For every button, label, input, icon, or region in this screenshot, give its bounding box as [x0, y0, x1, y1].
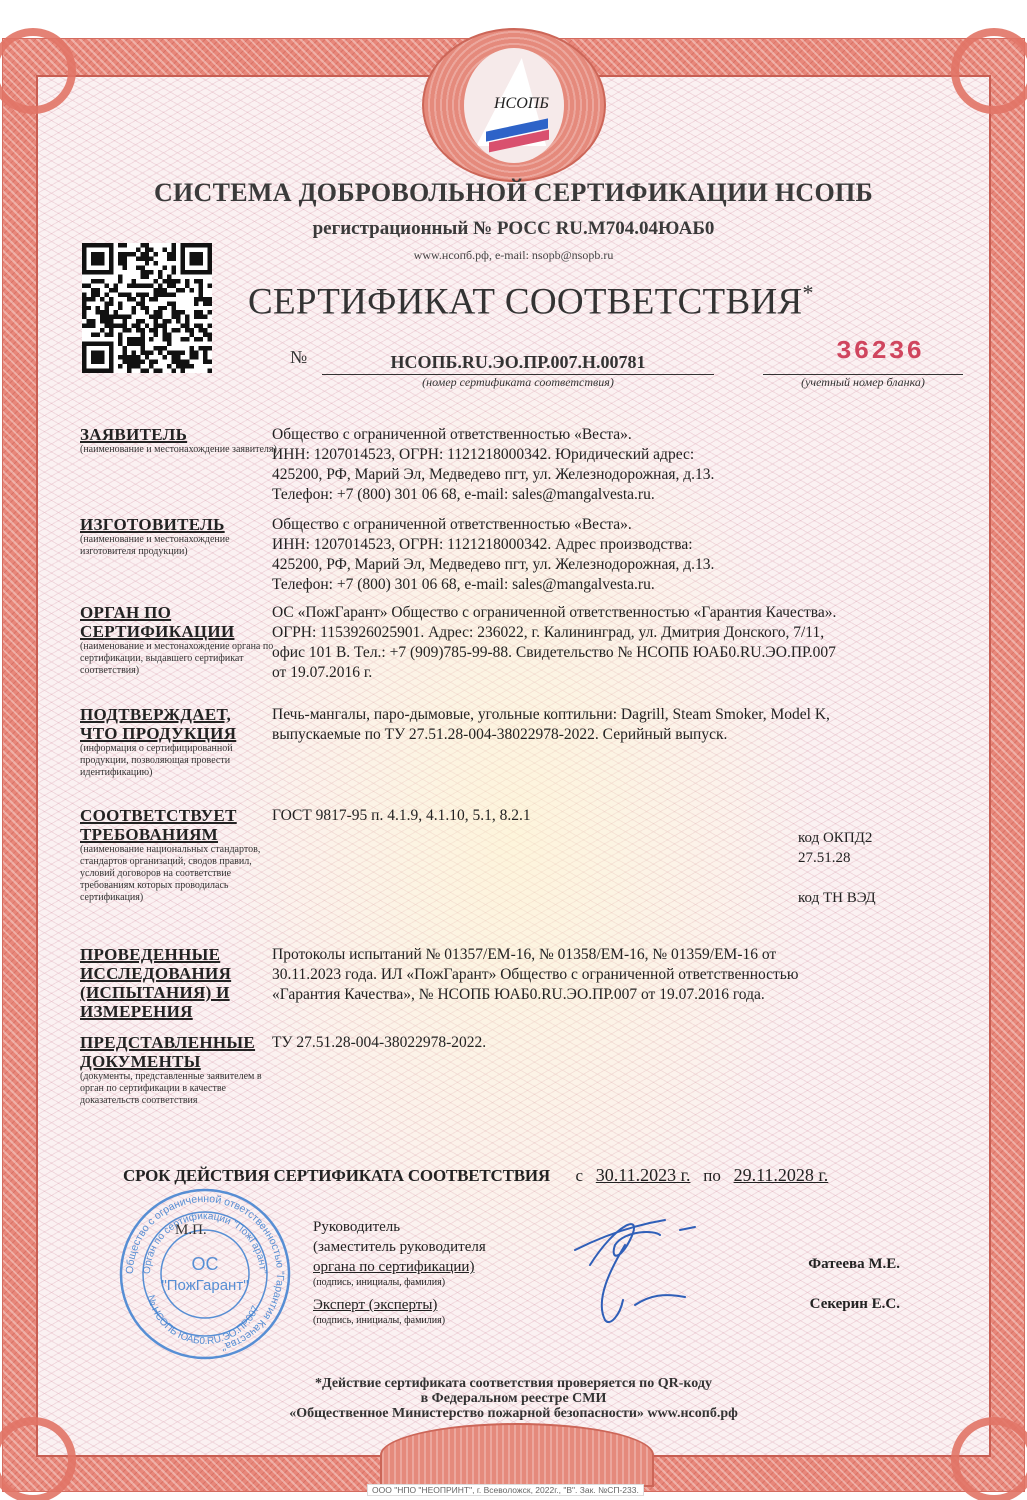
section-value: ОС «ПожГарант» Общество с ограниченной о…	[272, 603, 922, 683]
section-line: 425200, РФ, Марий Эл, Медведево пгт, ул.…	[272, 555, 922, 575]
blank-number: 36236	[780, 336, 980, 366]
section-label: ПРОВЕДЕННЫЕИССЛЕДОВАНИЯ(ИСПЫТАНИЯ) ИИЗМЕ…	[80, 945, 270, 1021]
section-line: ОС «ПожГарант» Общество с ограниченной о…	[272, 603, 922, 623]
section-line: выпускаемые по ТУ 27.51.28-004-38022978-…	[272, 725, 922, 745]
section-line: Протоколы испытаний № 01357/EM-16, № 013…	[272, 945, 922, 965]
seal-stamp-icon: Общество с ограниченной ответственностью…	[115, 1186, 295, 1362]
section-line: «Гарантия Качества», № НСОПБ ЮАБ0.RU.ЭО.…	[272, 985, 922, 1005]
section-subtitle: (наименование и местонахождение органа п…	[80, 641, 280, 677]
system-title: СИСТЕМА ДОБРОВОЛЬНОЙ СЕРТИФИКАЦИИ НСОПБ	[0, 178, 1027, 208]
section-line: Общество с ограниченной ответственностью…	[272, 515, 922, 535]
section-line: Печь-мангалы, паро-дымовые, угольные коп…	[272, 705, 922, 725]
section-heading: ПРЕДСТАВЛЕННЫЕ	[80, 1033, 270, 1052]
section-value: ГОСТ 9817-95 п. 4.1.9, 4.1.10, 5.1, 8.2.…	[272, 806, 922, 826]
section-line: ГОСТ 9817-95 п. 4.1.9, 4.1.10, 5.1, 8.2.…	[272, 806, 922, 826]
footer-line: в Федеральном реестре СМИ	[0, 1391, 1027, 1406]
validity-from-prefix: с	[575, 1166, 583, 1185]
footer-note: *Действие сертификата соответствия прове…	[0, 1376, 1027, 1421]
section-value: Протоколы испытаний № 01357/EM-16, № 013…	[272, 945, 922, 1005]
section-heading: ЗАЯВИТЕЛЬ	[80, 425, 270, 444]
expert-caption: (подпись, инициалы, фамилия)	[313, 1315, 486, 1327]
head-caption: (подпись, инициалы, фамилия)	[313, 1277, 486, 1289]
section-label: ОРГАН ПОСЕРТИФИКАЦИИ(наименование и мест…	[80, 603, 270, 677]
section-label: ПРЕДСТАВЛЕННЫЕДОКУМЕНТЫ(документы, предс…	[80, 1033, 270, 1107]
section-subtitle: (наименование и местонахождение изготови…	[80, 534, 280, 558]
section-heading: (ИСПЫТАНИЯ) И	[80, 983, 270, 1002]
section-heading: ЧТО ПРОДУКЦИЯ	[80, 724, 270, 743]
section-heading: ДОКУМЕНТЫ	[80, 1052, 270, 1071]
section-line: от 19.07.2016 г.	[272, 663, 922, 683]
certificate-number-caption: (номер сертификата соответствия)	[322, 375, 714, 390]
section-label: СООТВЕТСТВУЕТТРЕБОВАНИЯМ(наименование на…	[80, 806, 270, 904]
section-subtitle: (наименование и местонахождение заявител…	[80, 444, 280, 456]
validity-period: СРОК ДЕЙСТВИЯ СЕРТИФИКАТА СООТВЕТСТВИЯ с…	[123, 1165, 828, 1186]
section-subtitle: (наименование национальных стандартов, с…	[80, 844, 280, 904]
section-value: Общество с ограниченной ответственностью…	[272, 515, 922, 595]
section-line: ИНН: 1207014523, ОГРН: 1121218000342. Ад…	[272, 535, 922, 555]
section-heading: ТРЕБОВАНИЯМ	[80, 825, 270, 844]
section-heading: ИЗГОТОВИТЕЛЬ	[80, 515, 270, 534]
section-value: ТУ 27.51.28-004-38022978-2022.	[272, 1033, 922, 1053]
printer-imprint: ООО "НПО "НЕОПРИНТ", г. Всеволожск, 2022…	[367, 1484, 644, 1496]
validity-to: 29.11.2028 г.	[734, 1165, 829, 1185]
section-heading: СЕРТИФИКАЦИИ	[80, 622, 270, 641]
section-heading: ПОДТВЕРЖДАЕТ,	[80, 705, 270, 724]
section-label: ЗАЯВИТЕЛЬ(наименование и местонахождение…	[80, 425, 270, 456]
validity-label: СРОК ДЕЙСТВИЯ СЕРТИФИКАТА СООТВЕТСТВИЯ	[123, 1166, 550, 1185]
certificate-title: СЕРТИФИКАТ СООТВЕТСТВИЯ*	[248, 280, 814, 323]
certificate-number: НСОПБ.RU.ЭО.ПР.007.Н.00781	[322, 352, 714, 373]
code-tnved-label: код ТН ВЭД	[798, 888, 876, 908]
expert-title: Эксперт (эксперты)	[313, 1295, 486, 1315]
svg-text:"ПожГарант": "ПожГарант"	[161, 1277, 248, 1294]
section-subtitle: (информация о сертифицированной продукци…	[80, 743, 280, 779]
section-heading: ПРОВЕДЕННЫЕ	[80, 945, 270, 964]
svg-text:ОС: ОС	[192, 1254, 219, 1274]
section-line: Телефон: +7 (800) 301 06 68, e-mail: sal…	[272, 485, 922, 505]
signatories: Руководитель (заместитель руководителя о…	[313, 1217, 486, 1327]
head-title: (заместитель руководителя	[313, 1237, 486, 1257]
head-title: Руководитель	[313, 1217, 486, 1237]
section-label: ПОДТВЕРЖДАЕТ,ЧТО ПРОДУКЦИЯ(информация о …	[80, 705, 270, 779]
expert-name: Секерин Е.С.	[770, 1296, 900, 1313]
qr-code-icon[interactable]	[82, 243, 212, 373]
section-label: ИЗГОТОВИТЕЛЬ(наименование и местонахожде…	[80, 515, 270, 558]
section-line: ТУ 27.51.28-004-38022978-2022.	[272, 1033, 922, 1053]
classification-codes: код ОКПД227.51.28код ТН ВЭД	[798, 828, 876, 908]
section-line: 30.11.2023 года. ИЛ «ПожГарант» Общество…	[272, 965, 922, 985]
head-title: органа по сертификации)	[313, 1257, 486, 1277]
head-name: Фатеева М.Е.	[770, 1256, 900, 1273]
code-okpd2-label: код ОКПД2	[798, 828, 876, 848]
validity-to-prefix: по	[703, 1166, 721, 1185]
code-okpd2-value: 27.51.28	[798, 848, 876, 868]
section-line: ИНН: 1207014523, ОГРН: 1121218000342. Юр…	[272, 445, 922, 465]
section-line: Общество с ограниченной ответственностью…	[272, 425, 922, 445]
section-heading: СООТВЕТСТВУЕТ	[80, 806, 270, 825]
section-heading: ИССЛЕДОВАНИЯ	[80, 964, 270, 983]
seal-place: М.П.	[175, 1222, 207, 1239]
section-heading: ОРГАН ПО	[80, 603, 270, 622]
section-value: Общество с ограниченной ответственностью…	[272, 425, 922, 505]
section-line: Телефон: +7 (800) 301 06 68, e-mail: sal…	[272, 575, 922, 595]
section-subtitle: (документы, представленные заявителем в …	[80, 1071, 280, 1107]
section-heading: ИЗМЕРЕНИЯ	[80, 1002, 270, 1021]
registration-number: регистрационный № РОСС RU.М704.04ЮАБ0	[0, 218, 1027, 240]
number-sign: №	[290, 347, 307, 368]
validity-from: 30.11.2023 г.	[596, 1165, 691, 1185]
section-line: офис 101 В. Тел.: +7 (909)785-99-88. Сви…	[272, 643, 922, 663]
section-line: ОГРН: 1153926025901. Адрес: 236022, г. К…	[272, 623, 922, 643]
footer-line: «Общественное Министерство пожарной безо…	[0, 1406, 1027, 1421]
section-line: 425200, РФ, Марий Эл, Медведево пгт, ул.…	[272, 465, 922, 485]
handwritten-signature-icon	[565, 1205, 715, 1335]
section-value: Печь-мангалы, паро-дымовые, угольные коп…	[272, 705, 922, 745]
blank-number-caption: (учетный номер бланка)	[763, 375, 963, 390]
footer-line: *Действие сертификата соответствия прове…	[0, 1376, 1027, 1391]
